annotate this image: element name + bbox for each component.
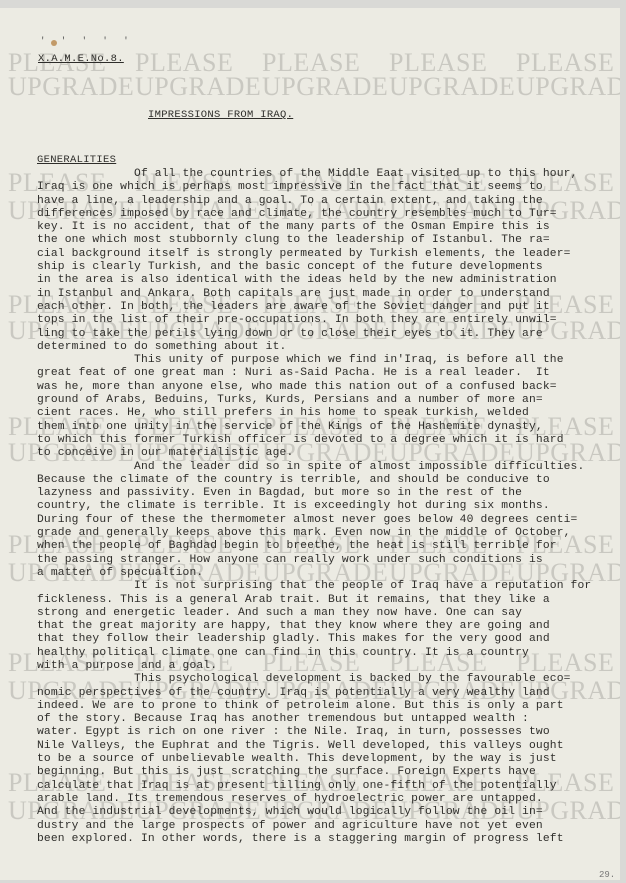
text-line: Iraq is one which is perhaps most impres… (37, 181, 607, 194)
text-line: great feat of one great man : Nuri as-Sa… (37, 367, 607, 380)
document-title: IMPRESSIONS FROM IRAQ. (148, 109, 293, 121)
text-line: Because the climate of the country is te… (37, 474, 607, 487)
text-line: to be a source of unbelievable wealth. T… (37, 753, 607, 766)
text-line: ship is clearly Turkish, and the basic c… (37, 261, 607, 274)
text-line: It is not surprising that the people of … (37, 580, 607, 593)
text-line: in Istanbul and Ankara. Both capitals ar… (37, 288, 607, 301)
text-line: And the industrial developments, which w… (37, 806, 607, 819)
text-line: This unity of purpose which we find in'I… (37, 354, 607, 367)
text-line: grade and generally keeps above this mar… (37, 527, 607, 540)
text-line: healthy political climate one can find i… (37, 647, 607, 660)
page-number: 29. (599, 870, 615, 880)
text-line: with a purpose and a goal. (37, 660, 607, 673)
text-line: that they follow their leadership gladly… (37, 633, 607, 646)
document-reference: X.A.M.E.No.8. (38, 53, 124, 65)
text-line: have a line, a leadership and a goal. To… (37, 195, 607, 208)
text-line: lazyness and passivity. Even in Bagdad, … (37, 487, 607, 500)
section-heading: GENERALITIES (37, 154, 116, 166)
text-line: each other. In both, the leaders are awa… (37, 301, 607, 314)
text-line: when the people of Baghdad begin to bree… (37, 540, 607, 553)
text-line: that the great majority are happy, that … (37, 620, 607, 633)
text-line: ground of Arabs, Beduins, Turks, Kurds, … (37, 394, 607, 407)
text-line: nomic perspectives of the country. Iraq … (37, 687, 607, 700)
tick-marks: ' ' ' ' ' (40, 36, 134, 46)
text-line: And the leader did so in spite of almost… (37, 461, 607, 474)
body-text: Of all the countries of the Middle Eaat … (37, 168, 607, 846)
text-line: was he, more than anyone else, who made … (37, 381, 607, 394)
text-line: the one which most stubbornly clung to t… (37, 234, 607, 247)
text-line: in the area is also identical with the i… (37, 274, 607, 287)
document-page: PLEASEPLEASEPLEASEPLEASEPLEASEUPGRADEUPG… (0, 8, 620, 880)
text-line: them into one unity in the service of th… (37, 421, 607, 434)
text-line: been explored. In other words, there is … (37, 833, 607, 846)
text-line: the passing stranger. How anyone can rea… (37, 554, 607, 567)
text-line: calculate that Iraq is at present tillin… (37, 780, 607, 793)
text-line: indeed. We are to prone to think of petr… (37, 700, 607, 713)
text-line: cial background itself is strongly perme… (37, 248, 607, 261)
text-line: determined to do something about it. (37, 341, 607, 354)
text-line: Of all the countries of the Middle Eaat … (37, 168, 607, 181)
text-line: to which this former Turkish officer is … (37, 434, 607, 447)
typewritten-document: ' ' ' ' ' X.A.M.E.No.8. IMPRESSIONS FROM… (0, 8, 620, 880)
text-line: differences imposed by race and climate,… (37, 208, 607, 221)
text-line: cient races. He, who still prefers in hi… (37, 407, 607, 420)
text-line: tops in the list of their pre-occupation… (37, 314, 607, 327)
text-line: fickleness. This is a general Arab trait… (37, 594, 607, 607)
text-line: During four of these the thermometer alm… (37, 514, 607, 527)
text-line: a matter of specualtion. (37, 567, 607, 580)
text-line: key. It is no accident, that of the many… (37, 221, 607, 234)
text-line: Nile Valleys, the Euphrat and the Tigris… (37, 740, 607, 753)
text-line: arable land. Its tremendous reserves of … (37, 793, 607, 806)
text-line: water. Egypt is rich on one river : the … (37, 726, 607, 739)
text-line: dustry and the large prospects of power … (37, 820, 607, 833)
text-line: beginning. But this is just scratching t… (37, 766, 607, 779)
text-line: ling to take the perils lying down or to… (37, 328, 607, 341)
text-line: of the story. Because Iraq has another t… (37, 713, 607, 726)
text-line: strong and energetic leader. And such a … (37, 607, 607, 620)
text-line: to conceive in our materialistic age. (37, 447, 607, 460)
text-line: country, the climate is terrible. It is … (37, 500, 607, 513)
text-line: This psychological development is backed… (37, 673, 607, 686)
